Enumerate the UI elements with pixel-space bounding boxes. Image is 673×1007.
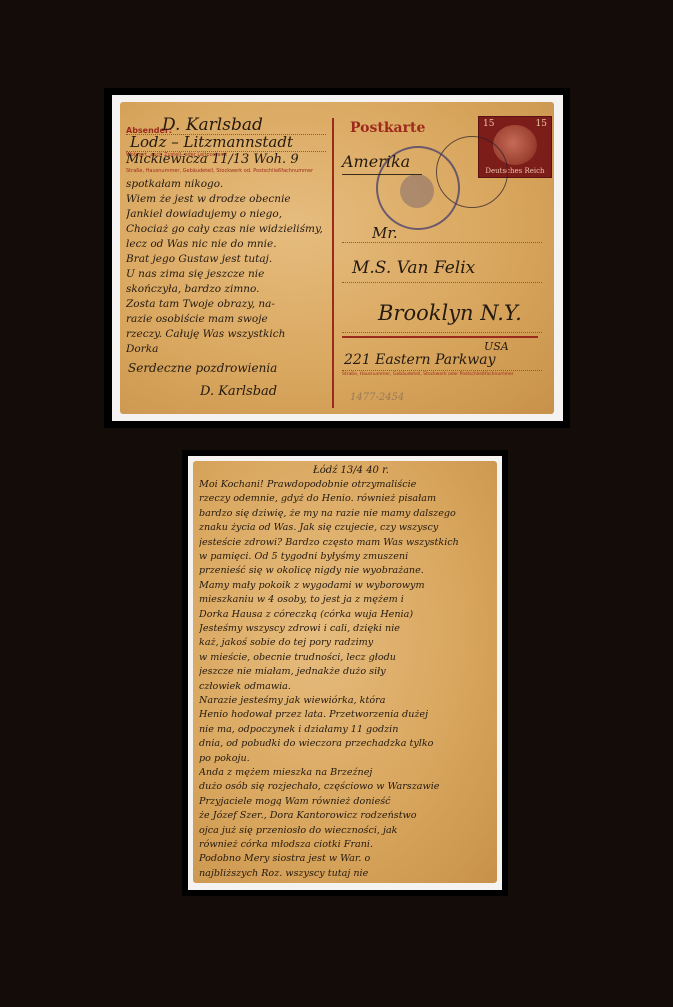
archive-number: 1477-2454 [350, 392, 404, 403]
handwritten-line: Moi Kochani! Prawdopodobnie otrzymaliści… [199, 479, 493, 490]
signature: D. Karlsbad [200, 384, 277, 399]
handwritten-line: Narazie jesteśmy jak wiewiórka, która [199, 695, 493, 706]
handwritten-line: U nas zima się jeszcze nie [126, 268, 330, 280]
handwritten-line: bardzo się dziwię, że my na razie nie ma… [199, 508, 493, 519]
handwritten-line: spotkałam nikogo. [126, 178, 330, 190]
handwritten-line: Anda z mężem mieszka na Brzeźnej [199, 767, 493, 778]
handwritten-line: człowiek odmawia. [199, 681, 493, 692]
handwritten-line: rzeczy. Całuję Was wszystkich [126, 328, 330, 340]
closing: Serdeczne pozdrowienia [128, 361, 277, 375]
sender-street-caption: Straße, Hausnummer, Gebäudeteil, Stockwe… [126, 168, 313, 174]
handwritten-line: w pamięci. Od 5 tygodni byłyśmy zmuszeni [199, 551, 493, 562]
handwritten-line: również córka młodsza ciotki Frani. [199, 839, 493, 850]
recipient-street: 221 Eastern Parkway [344, 352, 496, 368]
recipient-salutation: Mr. [372, 224, 398, 242]
handwritten-line: dnia, od pobudki do wieczora przechadzka… [199, 738, 493, 749]
sender-city: Lodz – Litzmannstadt [130, 133, 293, 151]
recipient-street-caption: Straße, Hausnummer, Gebäudeteil, Stockwe… [342, 372, 514, 377]
handwritten-line: jesteście zdrowi? Bardzo często mam Was … [199, 537, 493, 548]
handwritten-line: najbliższych Roz. wszyscy tutaj nie [199, 868, 493, 879]
handwritten-line: po pokoju. [199, 753, 493, 764]
handwritten-line: jeszcze nie miałam, jednakże dużo siły [199, 666, 493, 677]
recipient-city: Brooklyn N.Y. [378, 301, 522, 325]
handwritten-line: nie ma, odpoczynek i działamy 11 godzin [199, 724, 493, 735]
handwritten-line: Mamy mały pokoik z wygodami w wyborowym [199, 580, 493, 591]
handwritten-line: rzeczy odemnie, gdyż do Henio. również p… [199, 493, 493, 504]
eagle-emblem-icon [400, 174, 434, 208]
handwritten-line: Przyjaciele mogą Wam również donieść [199, 796, 493, 807]
handwritten-line: Brat jego Gustaw jest tutaj. [126, 253, 330, 265]
handwritten-line: Jankiel dowiadujemy o niego, [126, 208, 330, 220]
handwritten-line: skończyła, bardzo zimno. [126, 283, 330, 295]
postcard-front: Absender: D. Karlsbad Lodz – Litzmannsta… [120, 102, 554, 414]
sender-street: Mickiewicza 11/13 Woh. 9 [126, 152, 299, 167]
handwritten-line: Dorka [126, 343, 330, 355]
handwritten-line: przenieść się w okolicę nigdy nie wyobra… [199, 565, 493, 576]
recipient-country: Amerika [342, 152, 410, 171]
handwritten-line: Zosta tam Twoje obrazy, na- [126, 298, 330, 310]
stamp-value-right: 15 [536, 119, 547, 129]
postcard-title: Postkarte [350, 120, 425, 136]
handwritten-line: dużo osób się rozjechało, częściowo w Wa… [199, 781, 493, 792]
handwritten-line: Jesteśmy wszyscy zdrowi i cali, dzięki n… [199, 623, 493, 634]
stamp-value-left: 15 [483, 119, 494, 129]
handwritten-line: Wiem że jest w drodze obecnie [126, 193, 330, 205]
handwritten-line: lecz od Was nic nie do mnie. [126, 238, 330, 250]
handwritten-line: w mieście, obecnie trudności, lecz głodu [199, 652, 493, 663]
divider-line [332, 118, 334, 408]
recipient-name: M.S. Van Felix [352, 258, 475, 278]
handwritten-line: że Józef Szer., Dora Kantorowicz rodzeńs… [199, 810, 493, 821]
handwritten-line: znaku życia od Was. Jak się czujecie, cz… [199, 522, 493, 533]
sender-name: D. Karlsbad [162, 115, 263, 135]
place-date: Łódź 13/4 40 r. [313, 465, 389, 476]
handwritten-line: mieszkaniu w 4 osoby, to jest ja z mężem… [199, 594, 493, 605]
postcard-back: Łódź 13/4 40 r. Moi Kochani! Prawdopodob… [193, 461, 497, 883]
handwritten-line: Chociaż go cały czas nie widzieliśmy, [126, 223, 330, 235]
handwritten-line: każ, jakoś sobie do tej pory radzimy [199, 637, 493, 648]
handwritten-line: ojca już się przeniosło do wieczności, j… [199, 825, 493, 836]
handwritten-line: Dorka Hausa z córeczką (córka wuja Henia… [199, 609, 493, 620]
handwritten-line: Henio hodował przez lata. Przetworzenia … [199, 709, 493, 720]
handwritten-line: razie osobiście mam swoje [126, 313, 330, 325]
handwritten-line: Podobno Mery siostra jest w War. o [199, 853, 493, 864]
